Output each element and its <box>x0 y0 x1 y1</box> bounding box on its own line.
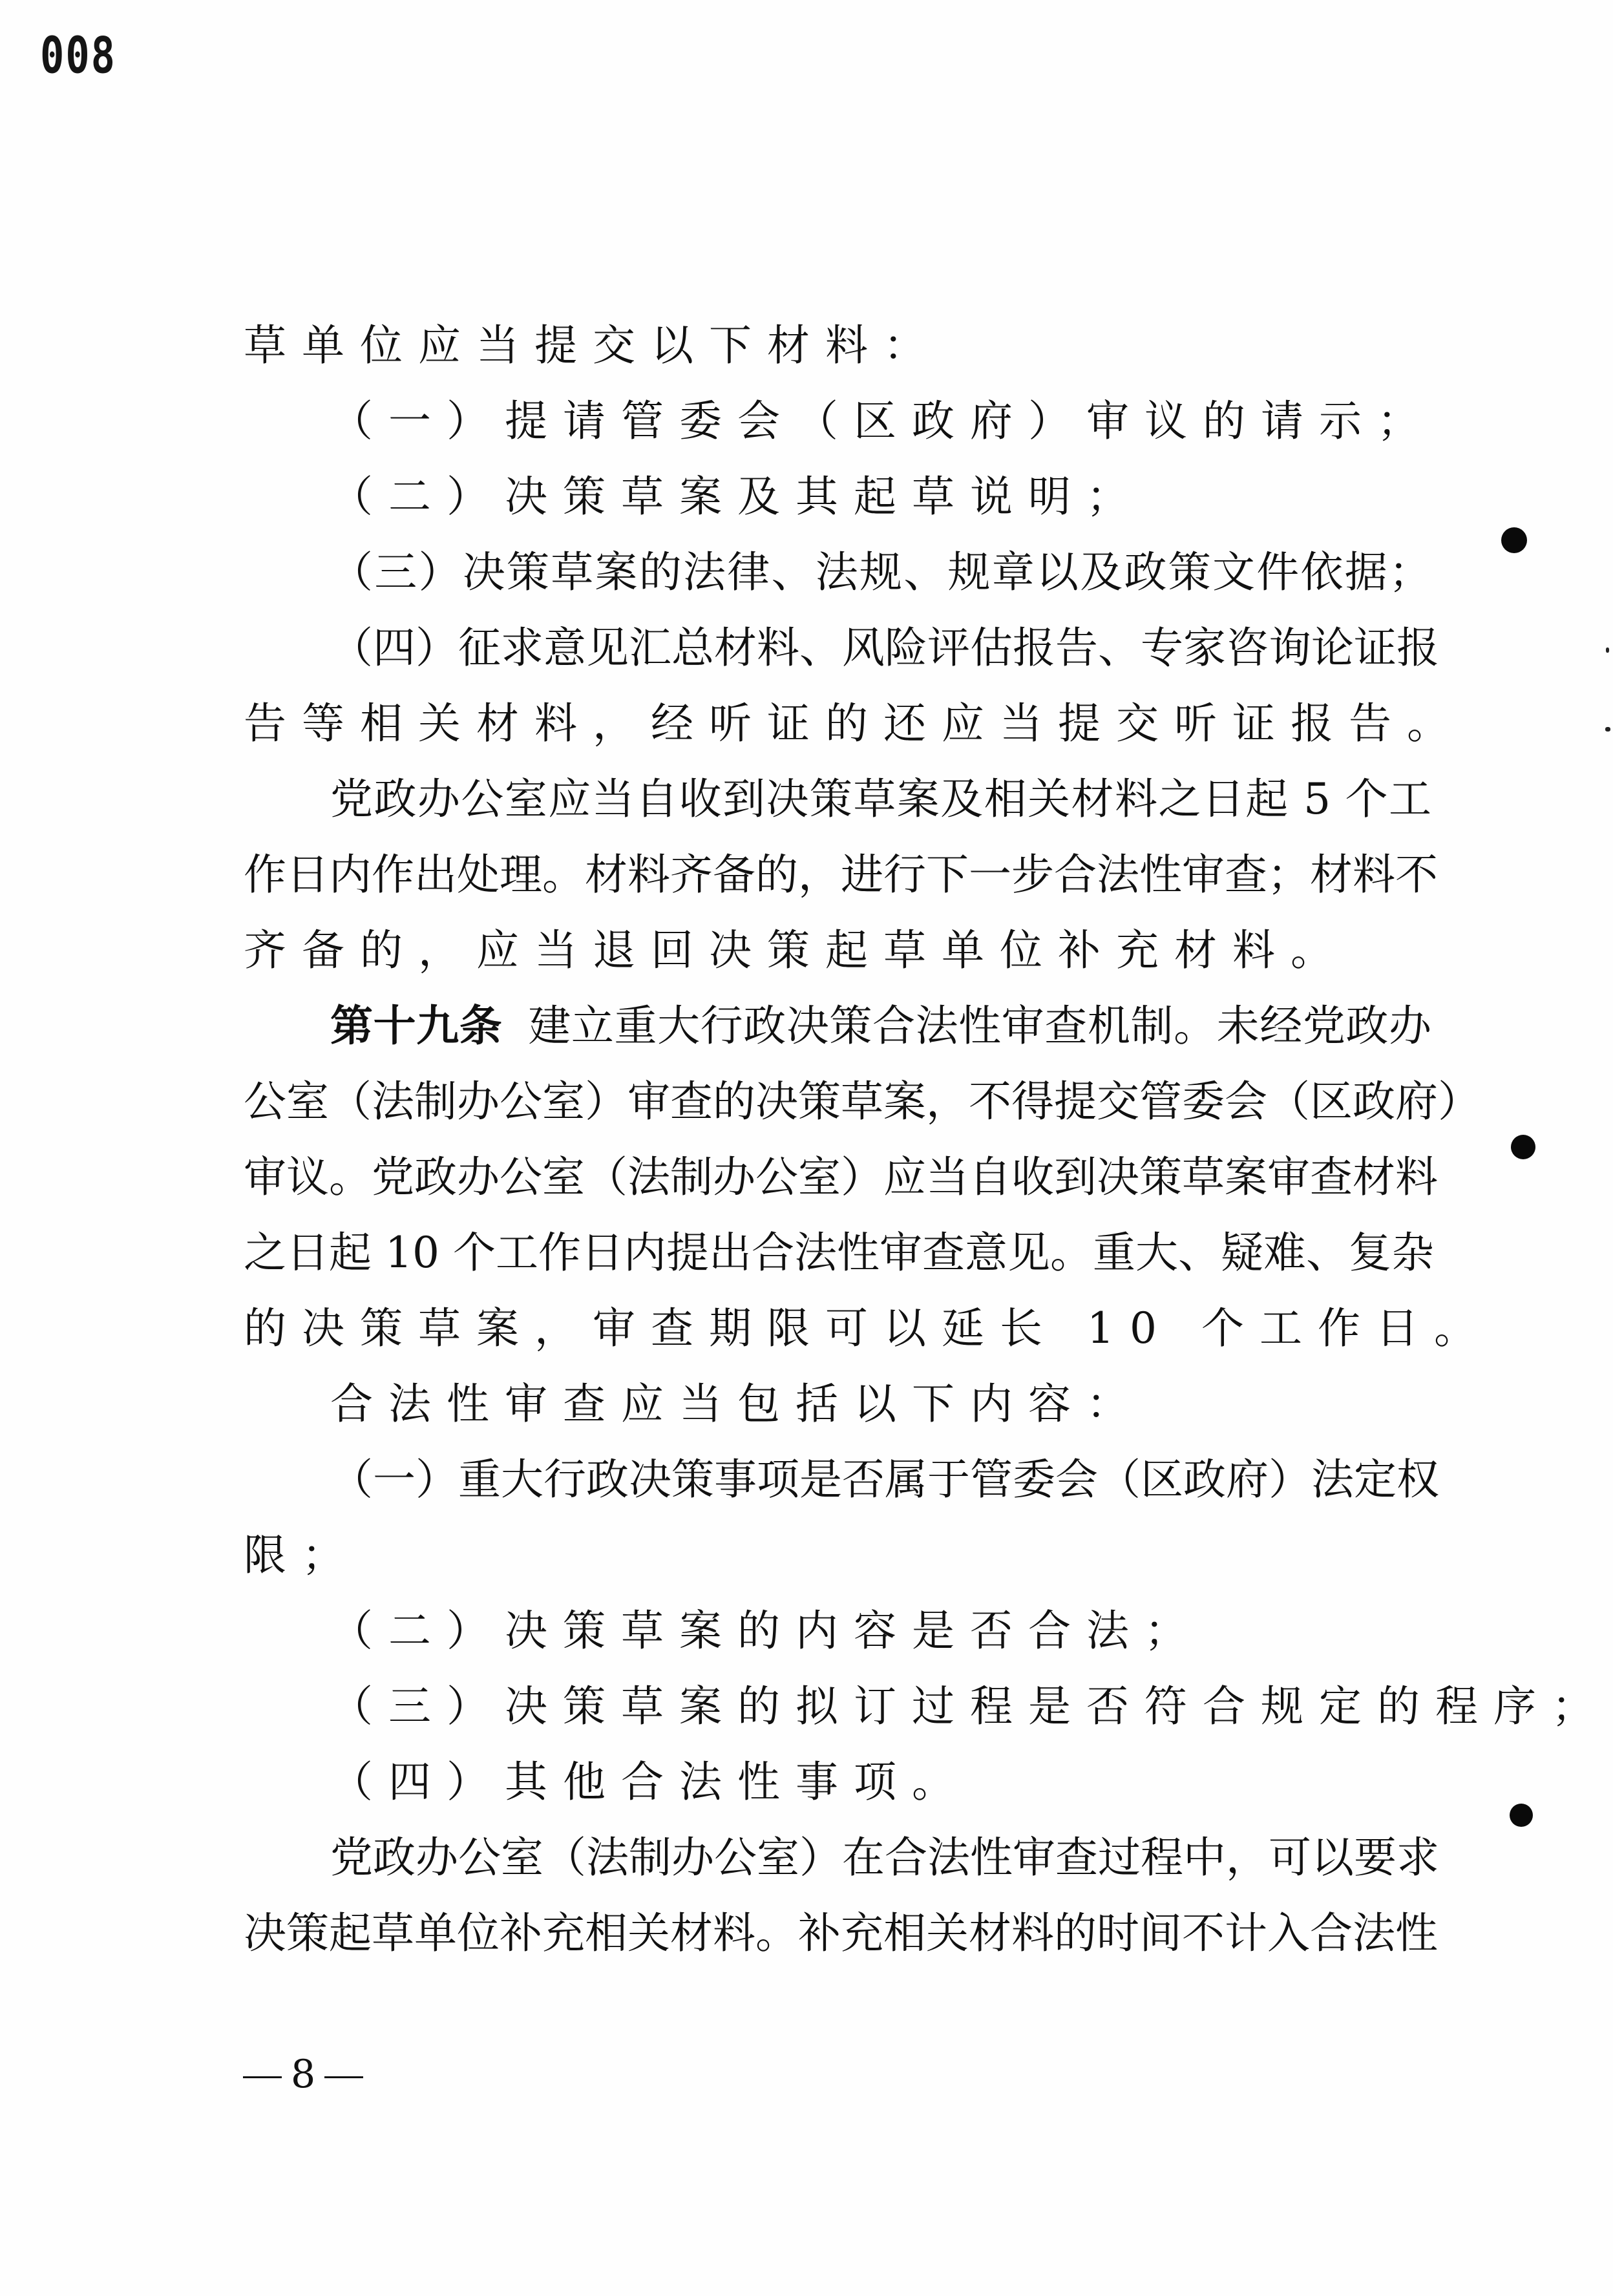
scan-speck <box>1605 727 1610 732</box>
text-line: 草单位应当提交以下材料： <box>244 320 1431 372</box>
list-item: （二）决策草案及其起草说明； <box>330 471 1431 523</box>
paragraph-line: 决策起草单位补充相关材料。补充相关材料的时间不计入合法性 <box>244 1908 1431 1959</box>
list-item: （二）决策草案的内容是否合法； <box>330 1605 1431 1657</box>
list-item: （一）重大行政决策事项是否属于管委会（区政府）法定权 <box>330 1454 1431 1506</box>
paragraph-line: 之日起 10 个工作日内提出合法性审查意见。重大、疑难、复杂 <box>244 1227 1431 1279</box>
article-19-line: 第十九条建立重大行政决策合法性审查机制。未经党政办 <box>330 1000 1431 1052</box>
paragraph-line: 党政办公室应当自收到决策草案及相关材料之日起 5 个工 <box>330 774 1431 825</box>
footer-dash-right <box>324 2076 363 2078</box>
list-item: （三）决策草案的法律、法规、规章以及政策文件依据； <box>330 547 1431 598</box>
document-stamp-number: 008 <box>40 26 116 85</box>
paragraph-line: 党政办公室（法制办公室）在合法性审查过程中，可以要求 <box>330 1832 1431 1884</box>
paragraph-line: 的决策草案，审查期限可以延长 10 个工作日。 <box>244 1303 1431 1354</box>
footer-dash-left <box>243 2076 282 2078</box>
paragraph-line: 审议。党政办公室（法制办公室）应当自收到决策草案审查材料 <box>244 1152 1431 1203</box>
scan-speck <box>1606 648 1609 653</box>
page-number: 8 <box>291 2052 315 2097</box>
paragraph-line: 公室（法制办公室）审查的决策草案，不得提交管委会（区政府） <box>244 1076 1431 1128</box>
list-item: （四）征求意见汇总材料、风险评估报告、专家咨询论证报 <box>330 622 1431 674</box>
list-item: （一）提请管委会（区政府）审议的请示； <box>330 395 1431 447</box>
list-item: （四）其他合法性事项。 <box>330 1756 1431 1808</box>
paragraph-line: 合法性审查应当包括以下内容： <box>330 1378 1431 1430</box>
punch-hole-mark <box>1511 1135 1535 1159</box>
paragraph-line: 齐备的，应当退回决策起草单位补充材料。 <box>244 925 1431 976</box>
paragraph-line: 作日内作出处理。材料齐备的，进行下一步合法性审查；材料不 <box>244 849 1431 901</box>
page-footer: 8 <box>234 2048 372 2100</box>
article-heading: 第十九条 <box>330 1001 502 1051</box>
punch-hole-mark <box>1510 1804 1533 1827</box>
list-item-continuation: 限； <box>244 1530 1431 1581</box>
list-item: （三）决策草案的拟订过程是否符合规定的程序； <box>330 1681 1431 1733</box>
text-line: 告等相关材料，经听证的还应当提交听证报告。 <box>244 698 1431 750</box>
punch-hole-mark <box>1501 527 1527 553</box>
